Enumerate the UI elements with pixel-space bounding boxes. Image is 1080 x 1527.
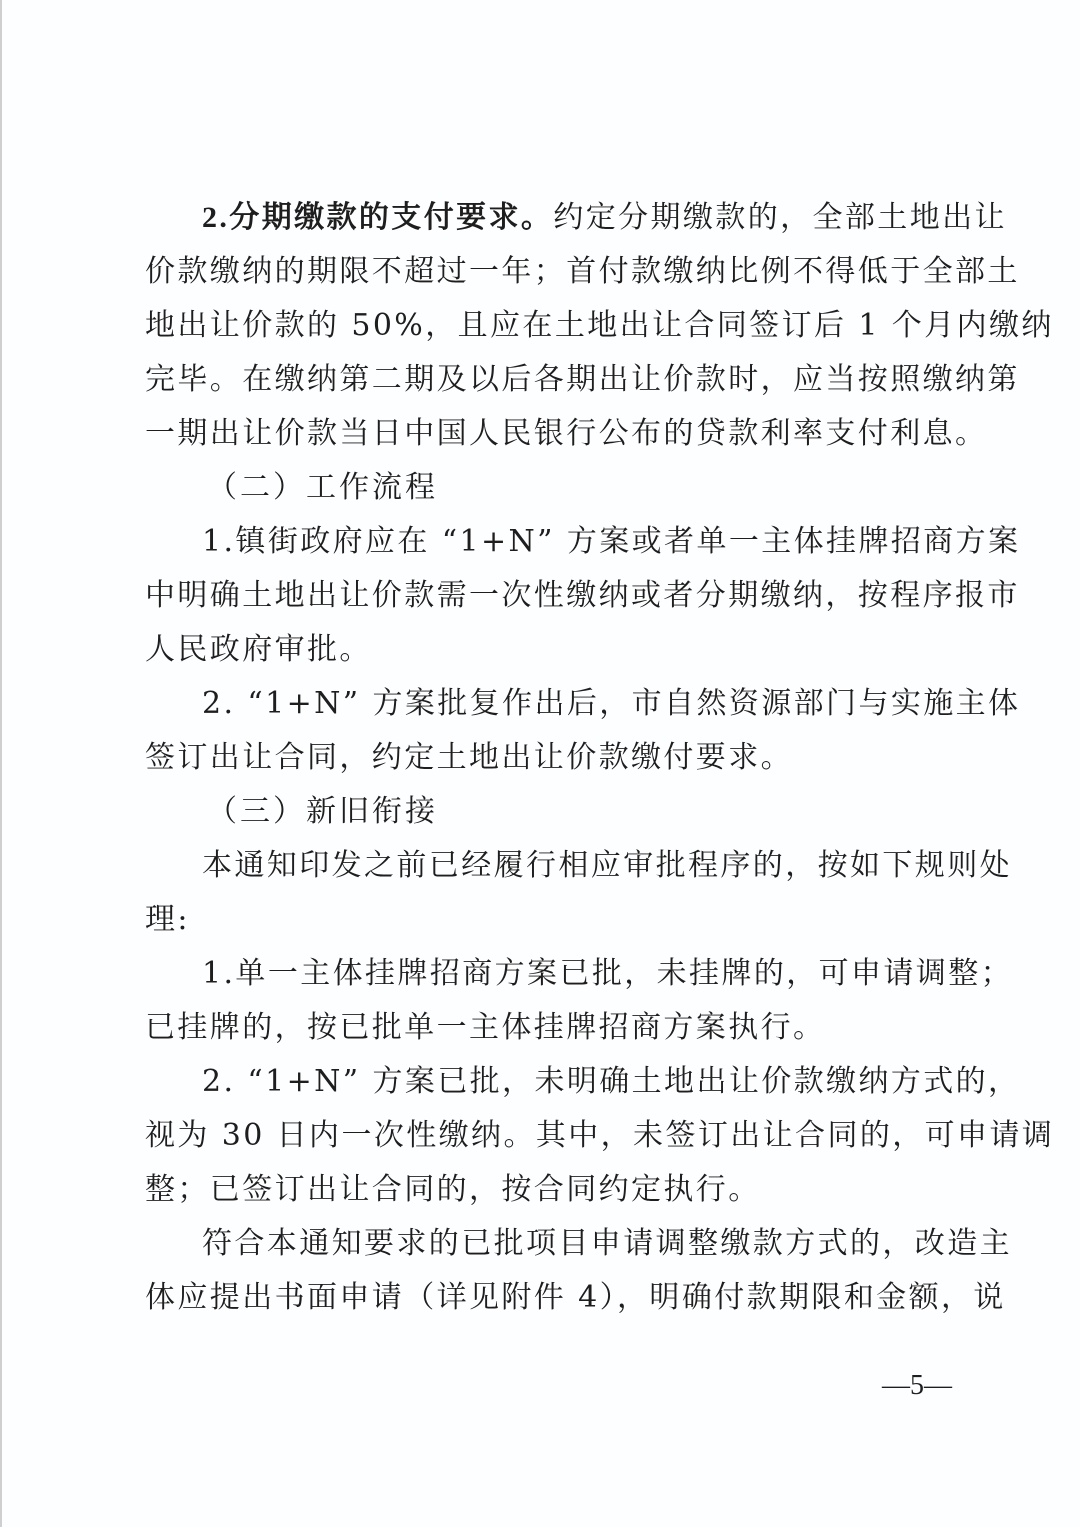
paragraph-line: 地出让价款的 50%，且应在土地出让合同签订后 1 个月内缴纳 <box>145 306 925 346</box>
section-title: 2.分期缴款的支付要求。 <box>202 201 553 234</box>
paragraph-line: 1.镇街政府应在 “1+N” 方案或者单一主体挂牌招商方案 <box>202 522 925 562</box>
paragraph-line: 人民政府审批。 <box>145 630 925 670</box>
paragraph-line: 理: <box>145 900 925 940</box>
paragraph-line: 1.单一主体挂牌招商方案已批，未挂牌的，可申请调整； <box>202 954 925 994</box>
paragraph-line: 视为 30 日内一次性缴纳。其中，未签订出让合同的，可申请调 <box>145 1116 925 1156</box>
section-heading-workflow: （二）工作流程 <box>207 468 438 508</box>
document-page: 2.分期缴款的支付要求。约定分期缴款的，全部土地出让 价款缴纳的期限不超过一年；… <box>0 0 1080 1527</box>
paragraph-line: 中明确土地出让价款需一次性缴纳或者分期缴纳，按程序报市 <box>145 576 925 616</box>
paragraph-line: 2.分期缴款的支付要求。约定分期缴款的，全部土地出让 <box>202 198 925 238</box>
paragraph-line: 2. “1+N” 方案已批，未明确土地出让价款缴纳方式的， <box>202 1062 925 1102</box>
paragraph-line: 2. “1+N” 方案批复作出后，市自然资源部门与实施主体 <box>202 684 925 724</box>
paragraph-line: 完毕。在缴纳第二期及以后各期出让价款时，应当按照缴纳第 <box>145 360 925 400</box>
paragraph-line: 体应提出书面申请（详见附件 4），明确付款期限和金额，说 <box>145 1278 925 1318</box>
paragraph-line: 价款缴纳的期限不超过一年；首付款缴纳比例不得低于全部土 <box>145 252 925 292</box>
paragraph-line: 已挂牌的，按已批单一主体挂牌招商方案执行。 <box>145 1008 925 1048</box>
page-number: —5— <box>882 1370 952 1402</box>
section-heading-transition: （三）新旧衔接 <box>207 792 438 832</box>
paragraph-line: 签订出让合同，约定土地出让价款缴付要求。 <box>145 738 925 778</box>
paragraph-line: 符合本通知要求的已批项目申请调整缴款方式的，改造主 <box>202 1224 925 1264</box>
paragraph-line: 本通知印发之前已经履行相应审批程序的，按如下规则处 <box>202 846 925 886</box>
paragraph-line: 一期出让价款当日中国人民银行公布的贷款利率支付利息。 <box>145 414 925 454</box>
paragraph-line: 整；已签订出让合同的，按合同约定执行。 <box>145 1170 925 1210</box>
